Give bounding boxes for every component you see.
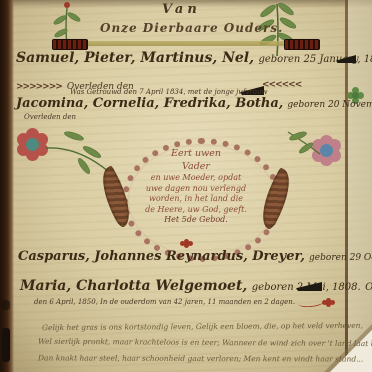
commandment-line: Het 5de Gebod. [126, 215, 266, 226]
red-flourish-ornament [322, 300, 327, 305]
chain-ornament-left [52, 39, 88, 50]
entry-samuel-name: Samuel, Pieter, Martinus, Nel, [16, 50, 254, 66]
red-flourish-ornament [298, 297, 325, 309]
commandment-text: Eert uwen Vader en uwe Moeder, opdat uwe… [126, 148, 266, 226]
entry-samuel: Samuel, Pieter, Martinus, Nel, geboren 2… [16, 50, 372, 66]
commandment-line: en uwe Moeder, opdat [126, 173, 266, 184]
book-binding [0, 0, 14, 372]
entry-casparus: Casparus, Johannes Reynardus, Dreyer, ge… [18, 249, 372, 264]
heading-underline-rule [58, 41, 310, 46]
entry-jacomina-born: geboren 20 November, 1817. [287, 100, 372, 110]
flower-stem-right-icon [286, 128, 322, 158]
entry-jacomina: Jacomina, Cornelia, Fredrika, Botha, geb… [16, 96, 372, 111]
commandment-line: worden, in het land die [126, 194, 266, 205]
binding-mark [2, 328, 10, 362]
manuscript-page: Van Onze Dierbaare Ouders. Samuel, Piete… [0, 0, 372, 372]
entry-jacomina-name: Jacomina, Cornelia, Fredrika, Botha, [16, 96, 283, 111]
binding-mark [2, 300, 10, 310]
commandment-line: Eert uwen [126, 148, 266, 161]
chevrons-right-ornament: >>>>>>> [16, 82, 62, 92]
maria-death-detail: den 6 April, 1850, In de ouderdom van 42… [34, 298, 295, 306]
flower-red-icon [26, 138, 39, 151]
dedication-line: Onze Dierbaare Ouders. [100, 21, 283, 35]
verse-line: Dan knakt haar steel, haar schoonheid ga… [38, 353, 363, 363]
entry-casparus-name: Casparus, Johannes Reynardus, Dreyer, [18, 249, 305, 264]
verse-line: Gelijk het gras is ons kortstondig leven… [42, 321, 363, 332]
entry-maria-overleden: Overleden [365, 282, 372, 293]
commandment-line: de Heere, uw God, geeft. [126, 205, 266, 216]
chevrons-left-ornament: <<<<<< [262, 80, 301, 90]
commandment-line: Vader [126, 161, 266, 174]
entry-casparus-born: geboren 29 October, 1800. [309, 253, 372, 263]
verse-line: Wel sierlijk pronkt, maar krachteloos is… [38, 337, 372, 349]
chain-ornament-right [284, 39, 320, 50]
entry-maria-name: Maria, Charlotta Welgemoet, [20, 278, 247, 294]
red-flourish-ornament [180, 241, 185, 246]
page-title: Van [162, 2, 201, 17]
marriage-line: Was Getrouwd den 7 April 1834, met de jo… [70, 88, 267, 96]
jacomina-overleden-label: Overleden den [24, 113, 76, 121]
commandment-line: uwe dagen nou verlengd [126, 184, 266, 195]
